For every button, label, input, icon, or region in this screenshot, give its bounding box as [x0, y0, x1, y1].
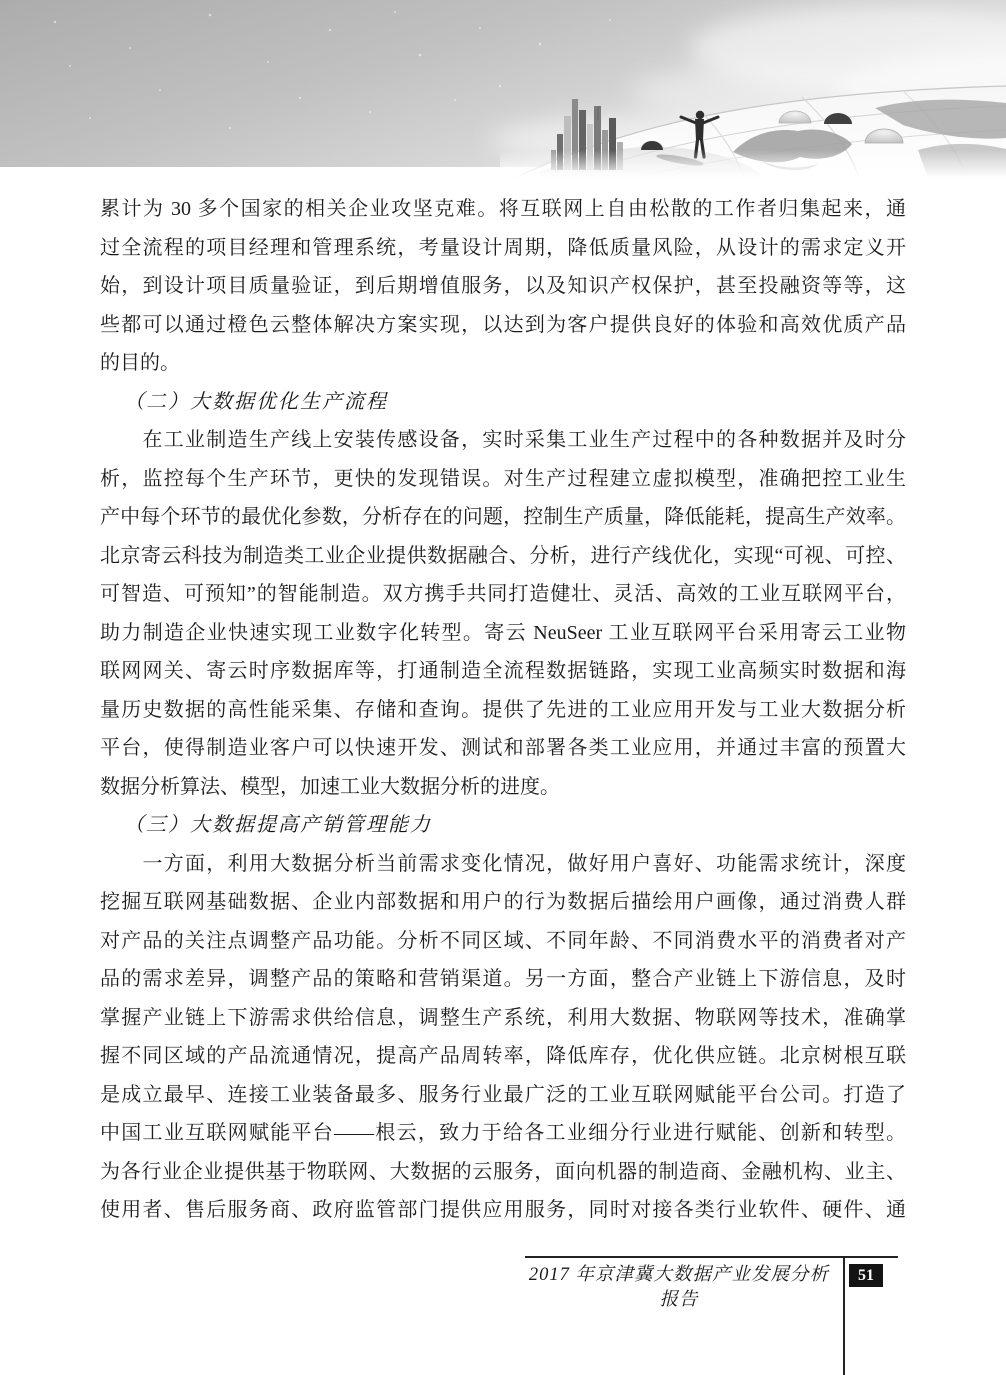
body-line: 累计为 30 多个国家的相关企业攻坚克难。将互联网上自由松散的工作者归集起来，通	[100, 190, 906, 229]
body-line: 是成立最早、连接工业装备最多、服务行业最广泛的工业互联网赋能平台公司。打造了	[100, 1076, 906, 1115]
body-line: 中国工业互联网赋能平台——根云，致力于给各工业细分行业进行赋能、创新和转型。	[100, 1114, 906, 1153]
body-line: 平台，使得制造业客户可以快速开发、测试和部署各类工业应用，并通过丰富的预置大	[100, 729, 906, 768]
body-line: 过全流程的项目经理和管理系统，考量设计周期，降低质量风险，从设计的需求定义开	[100, 229, 906, 268]
body-line: 可智造、可预知”的智能制造。双方携手共同打造健壮、灵活、高效的工业互联网平台，	[100, 575, 906, 614]
body-line: 握不同区域的产品流通情况，提高产品周转率，降低库存，优化供应链。北京树根互联	[100, 1037, 906, 1076]
footer-report-title: 2017 年京津冀大数据产业发展分析报告	[521, 1263, 837, 1288]
body-line: 一方面，利用大数据分析当前需求变化情况，做好用户喜好、功能需求统计，深度	[100, 845, 906, 884]
body-line: 始，到设计项目质量验证，到后期增值服务，以及知识产权保护，甚至投融资等等，这	[100, 267, 906, 306]
body-line: 品的需求差异，调整产品的策略和营销渠道。另一方面，整合产业链上下游信息，及时	[100, 960, 906, 999]
body-line: 析，监控每个生产环节，更快的发现错误。对生产过程建立虚拟模型，准确把控工业生	[100, 460, 906, 499]
footer-vertical-rule	[843, 1256, 845, 1375]
section-heading: （二）大数据优化生产流程	[100, 383, 906, 422]
page-number-badge: 51	[849, 1264, 883, 1287]
body-line: 些都可以通过橙色云整体解决方案实现，以达到为客户提供良好的体验和高效优质产品	[100, 306, 906, 345]
body-line: 产中每个环节的最优化参数，分析存在的问题，控制生产质量，降低能耗，提高生产效率。	[100, 498, 906, 537]
body-line: 数据分析算法、模型，加速工业大数据分析的进度。	[100, 768, 906, 807]
body-text: 累计为 30 多个国家的相关企业攻坚克难。将互联网上自由松散的工作者归集起来，通…	[100, 190, 906, 1230]
body-line: 对产品的关注点调整产品功能。分析不同区域、不同年龄、不同消费水平的消费者对产	[100, 922, 906, 961]
body-line: 联网网关、寄云时序数据库等，打通制造全流程数据链路，实现工业高频实时数据和海	[100, 652, 906, 691]
header-illustration	[0, 0, 1006, 178]
body-line: 为各行业企业提供基于物联网、大数据的云服务，面向机器的制造商、金融机构、业主、	[100, 1153, 906, 1192]
body-line: 挖掘互联网基础数据、企业内部数据和用户的行为数据后描绘用户画像，通过消费人群	[100, 883, 906, 922]
body-line: 在工业制造生产线上安装传感设备，实时采集工业生产过程中的各种数据并及时分	[100, 421, 906, 460]
body-line: 的目的。	[100, 344, 906, 383]
body-line: 掌握产业链上下游需求供给信息，调整生产系统，利用大数据、物联网等技术，准确掌	[100, 999, 906, 1038]
body-line: 量历史数据的高性能采集、存储和查询。提供了先进的工业应用开发与工业大数据分析	[100, 691, 906, 730]
body-line: 使用者、售后服务商、政府监管部门提供应用服务，同时对接各类行业软件、硬件、通	[100, 1191, 906, 1230]
body-line: 助力制造企业快速实现工业数字化转型。寄云 NeuSeer 工业互联网平台采用寄云…	[100, 614, 906, 653]
report-page: 累计为 30 多个国家的相关企业攻坚克难。将互联网上自由松散的工作者归集起来，通…	[0, 0, 1006, 1375]
body-line: 北京寄云科技为制造类工业企业提供数据融合、分析，进行产线优化，实现“可视、可控、	[100, 537, 906, 576]
section-heading: （三）大数据提高产销管理能力	[100, 806, 906, 845]
